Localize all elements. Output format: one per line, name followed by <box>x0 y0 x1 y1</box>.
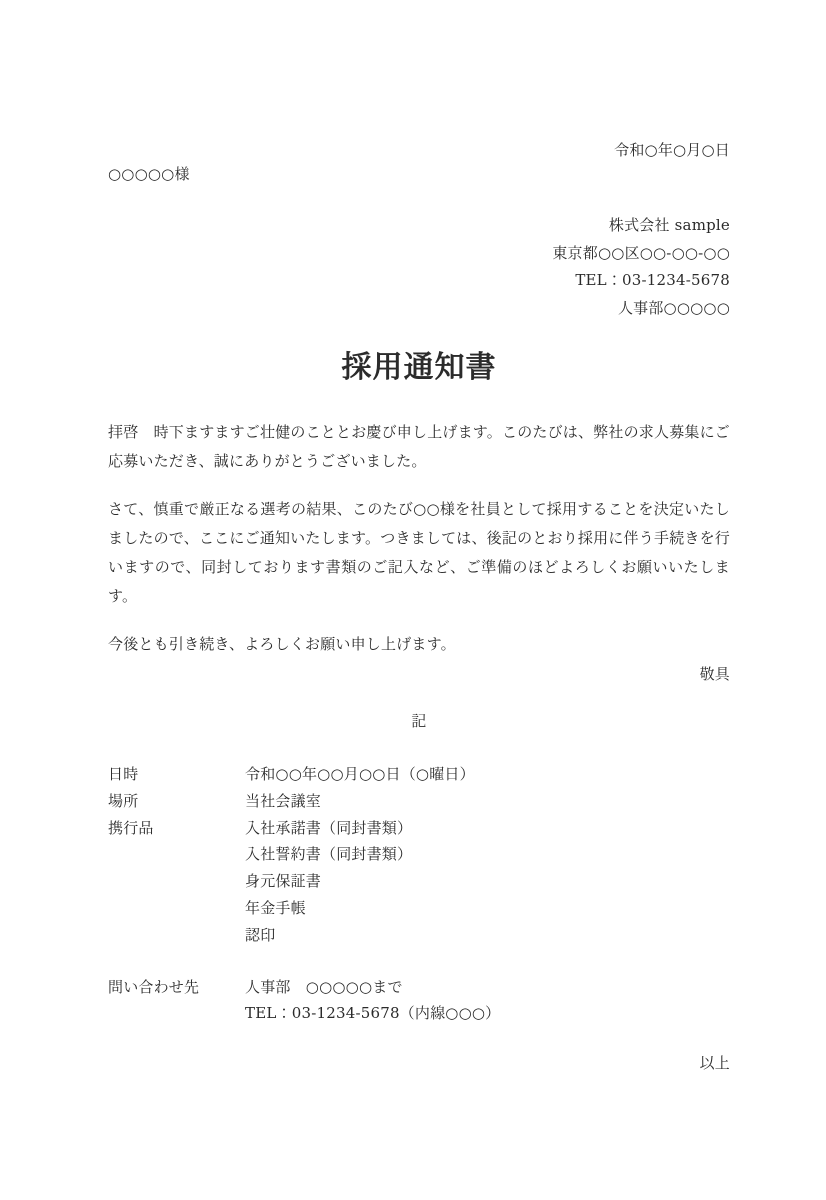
notice-value-items: 入社承諾書（同封書類） 入社誓約書（同封書類） 身元保証書 年金手帳 認印 <box>245 815 730 949</box>
notice-line: 認印 <box>245 922 730 949</box>
body-paragraph-main: さて、慎重で厳正なる選考の結果、このたび○○様を社員として採用することを決定いた… <box>108 495 730 611</box>
document-title: 採用通知書 <box>108 346 730 390</box>
addressee: ○○○○○様 <box>108 162 730 186</box>
document-page: 令和○年○月○日 ○○○○○様 株式会社 sample 東京都○○区○○-○○-… <box>0 0 826 1200</box>
notice-value-place: 当社会議室 <box>245 788 730 815</box>
body-paragraph-greeting: 拝啓 時下ますますご壮健のこととお慶び申し上げます。このたびは、弊社の求人募集に… <box>108 418 730 476</box>
end-word-ijo: 以上 <box>108 1051 730 1075</box>
notice-value-datetime: 令和○○年○○月○○日（○曜日） <box>245 761 730 788</box>
notice-row-contact: 問い合わせ先 人事部 ○○○○○まで TEL：03-1234-5678（内線○○… <box>108 974 730 1028</box>
notice-row-datetime: 日時 令和○○年○○月○○日（○曜日） <box>108 761 730 788</box>
notice-line: 入社誓約書（同封書類） <box>245 841 730 868</box>
notice-row-items: 携行品 入社承諾書（同封書類） 入社誓約書（同封書類） 身元保証書 年金手帳 認… <box>108 815 730 949</box>
notice-value-contact: 人事部 ○○○○○まで TEL：03-1234-5678（内線○○○） <box>245 974 730 1028</box>
notice-label-place: 場所 <box>108 788 245 815</box>
body-paragraph-closing: 今後とも引き続き、よろしくお願い申し上げます。 <box>108 630 730 659</box>
notice-line: TEL：03-1234-5678（内線○○○） <box>245 1000 730 1027</box>
notice-table: 日時 令和○○年○○月○○日（○曜日） 場所 当社会議室 携行品 入社承諾書（同… <box>108 761 730 1027</box>
ki-marker: 記 <box>108 709 730 733</box>
sender-company: 株式会社 sample <box>108 212 730 240</box>
notice-label-contact: 問い合わせ先 <box>108 974 245 1001</box>
document-date: 令和○年○月○日 <box>108 138 730 162</box>
sender-tel: TEL：03-1234-5678 <box>108 267 730 295</box>
sender-department: 人事部○○○○○ <box>108 295 730 323</box>
sender-block: 株式会社 sample 東京都○○区○○-○○-○○ TEL：03-1234-5… <box>108 212 730 322</box>
sender-address: 東京都○○区○○-○○-○○ <box>108 240 730 268</box>
notice-line: 人事部 ○○○○○まで <box>245 974 730 1001</box>
notice-row-place: 場所 当社会議室 <box>108 788 730 815</box>
notice-line: 身元保証書 <box>245 868 730 895</box>
closing-word-keigu: 敬具 <box>108 661 730 687</box>
notice-line: 令和○○年○○月○○日（○曜日） <box>245 761 730 788</box>
notice-line: 入社承諾書（同封書類） <box>245 815 730 842</box>
notice-label-datetime: 日時 <box>108 761 245 788</box>
notice-label-items: 携行品 <box>108 815 245 842</box>
notice-line: 年金手帳 <box>245 895 730 922</box>
notice-line: 当社会議室 <box>245 788 730 815</box>
